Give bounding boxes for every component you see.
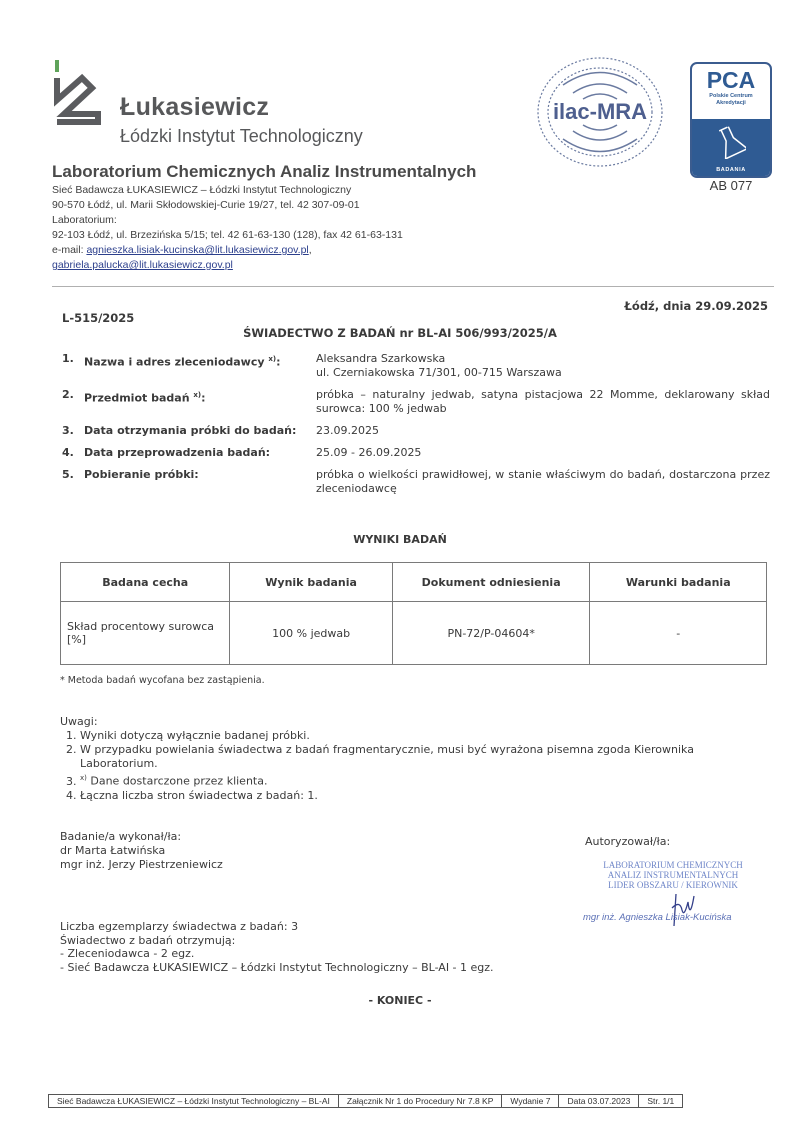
email-link-1[interactable]: agnieszka.lisiak-kucinska@lit.lukasiewic… [86, 244, 308, 256]
note-item: Wyniki dotyczą wyłącznie badanej próbki. [80, 729, 770, 743]
pca-logo-text: PCA [692, 67, 770, 93]
pca-badge-label: BADANIA [692, 167, 770, 173]
footer-cell: Data 03.07.2023 [559, 1095, 639, 1108]
footer-cell: Wydanie 7 [502, 1095, 559, 1108]
detail-item: 5. Pobieranie próbki: próbka o wielkości… [62, 468, 770, 496]
footer-cell: Załącznik Nr 1 do Procedury Nr 7.8 KP [338, 1095, 501, 1108]
footer-cell: Str. 1/1 [639, 1095, 683, 1108]
page-footer: Sieć Badawcza ŁUKASIEWICZ – Łódzki Insty… [48, 1094, 683, 1108]
performed-by: Badanie/a wykonał/ła: dr Marta Łatwińska… [60, 830, 223, 872]
detail-item: 2. Przedmiot badań x): próbka – naturaln… [62, 388, 770, 416]
note-item: Łączna liczba stron świadectwa z badań: … [80, 789, 770, 803]
reference-number: L-515/2025 [62, 311, 134, 325]
lab-address: Sieć Badawcza ŁUKASIEWICZ – Łódzki Insty… [52, 183, 403, 273]
authorization-stamp: LABORATORIUM CHEMICZNYCH ANALIZ INSTRUME… [578, 860, 768, 890]
svg-text:ilac-MRA: ilac-MRA [553, 99, 647, 124]
end-marker: - KONIEC - [0, 994, 800, 1007]
results-table: Badana cecha Wynik badania Dokument odni… [60, 562, 767, 665]
table-header: Badana cecha [61, 563, 230, 602]
signature-icon [668, 890, 698, 930]
detail-item: 4. Data przeprowadzenia badań: 25.09 - 2… [62, 446, 770, 460]
place-date: Łódź, dnia 29.09.2025 [625, 299, 768, 313]
lab-title: Laboratorium Chemicznych Analiz Instrume… [52, 162, 476, 182]
table-header: Warunki badania [590, 563, 767, 602]
order-details: 1. Nazwa i adres zleceniodawcy x): Aleks… [62, 352, 770, 504]
notes-title: Uwagi: [60, 715, 770, 729]
method-footnote: * Metoda badań wycofana bez zastąpienia. [60, 675, 265, 686]
copies-distribution: Liczba egzemplarzy świadectwa z badań: 3… [60, 920, 494, 974]
flask-icon [716, 125, 746, 159]
note-item: x) Dane dostarczone przez klienta. [80, 771, 770, 789]
email-link-2[interactable]: gabriela.palucka@lit.lukasiewicz.gov.pl [52, 259, 233, 271]
accreditation-number: AB 077 [690, 178, 772, 193]
footer-cell: Sieć Badawcza ŁUKASIEWICZ – Łódzki Insty… [49, 1095, 339, 1108]
table-cell: - [590, 602, 767, 665]
table-row: Skład procentowy surowca [%] 100 % jedwa… [61, 602, 767, 665]
pca-accreditation-logo: PCA Polskie Centrum Akredytacji BADANIA [690, 62, 772, 178]
brand-subtitle: Łódzki Instytut Technologiczny [120, 126, 363, 147]
table-cell: Skład procentowy surowca [%] [61, 602, 230, 665]
results-title: WYNIKI BADAŃ [0, 533, 800, 546]
detail-item: 3. Data otrzymania próbki do badań: 23.0… [62, 424, 770, 438]
performer-name: dr Marta Łatwińska [60, 844, 223, 858]
certificate-title: ŚWIADECTWO Z BADAŃ nr BL-AI 506/993/2025… [0, 326, 800, 340]
authorized-label: Autoryzował/ła: [585, 835, 670, 848]
performer-name: mgr inż. Jerzy Piestrzeniewicz [60, 858, 223, 872]
stamp-signature-name: mgr inż. Agnieszka Lisiak-Kucińska [583, 912, 732, 923]
lukasiewicz-logo-icon [52, 60, 118, 126]
header-divider [52, 286, 774, 287]
pca-name-line2: Akredytacji [692, 100, 770, 107]
ilac-mra-logo-icon: ilac-MRA [535, 55, 665, 170]
notes-section: Uwagi: Wyniki dotyczą wyłącznie badanej … [60, 715, 770, 803]
brand-name: Łukasiewicz [120, 93, 269, 122]
pca-name-line1: Polskie Centrum [692, 93, 770, 100]
table-header: Wynik badania [230, 563, 392, 602]
detail-item: 1. Nazwa i adres zleceniodawcy x): Aleks… [62, 352, 770, 380]
table-cell: PN-72/P-04604* [392, 602, 590, 665]
note-item: W przypadku powielania świadectwa z bada… [80, 743, 770, 771]
table-cell: 100 % jedwab [230, 602, 392, 665]
table-header: Dokument odniesienia [392, 563, 590, 602]
